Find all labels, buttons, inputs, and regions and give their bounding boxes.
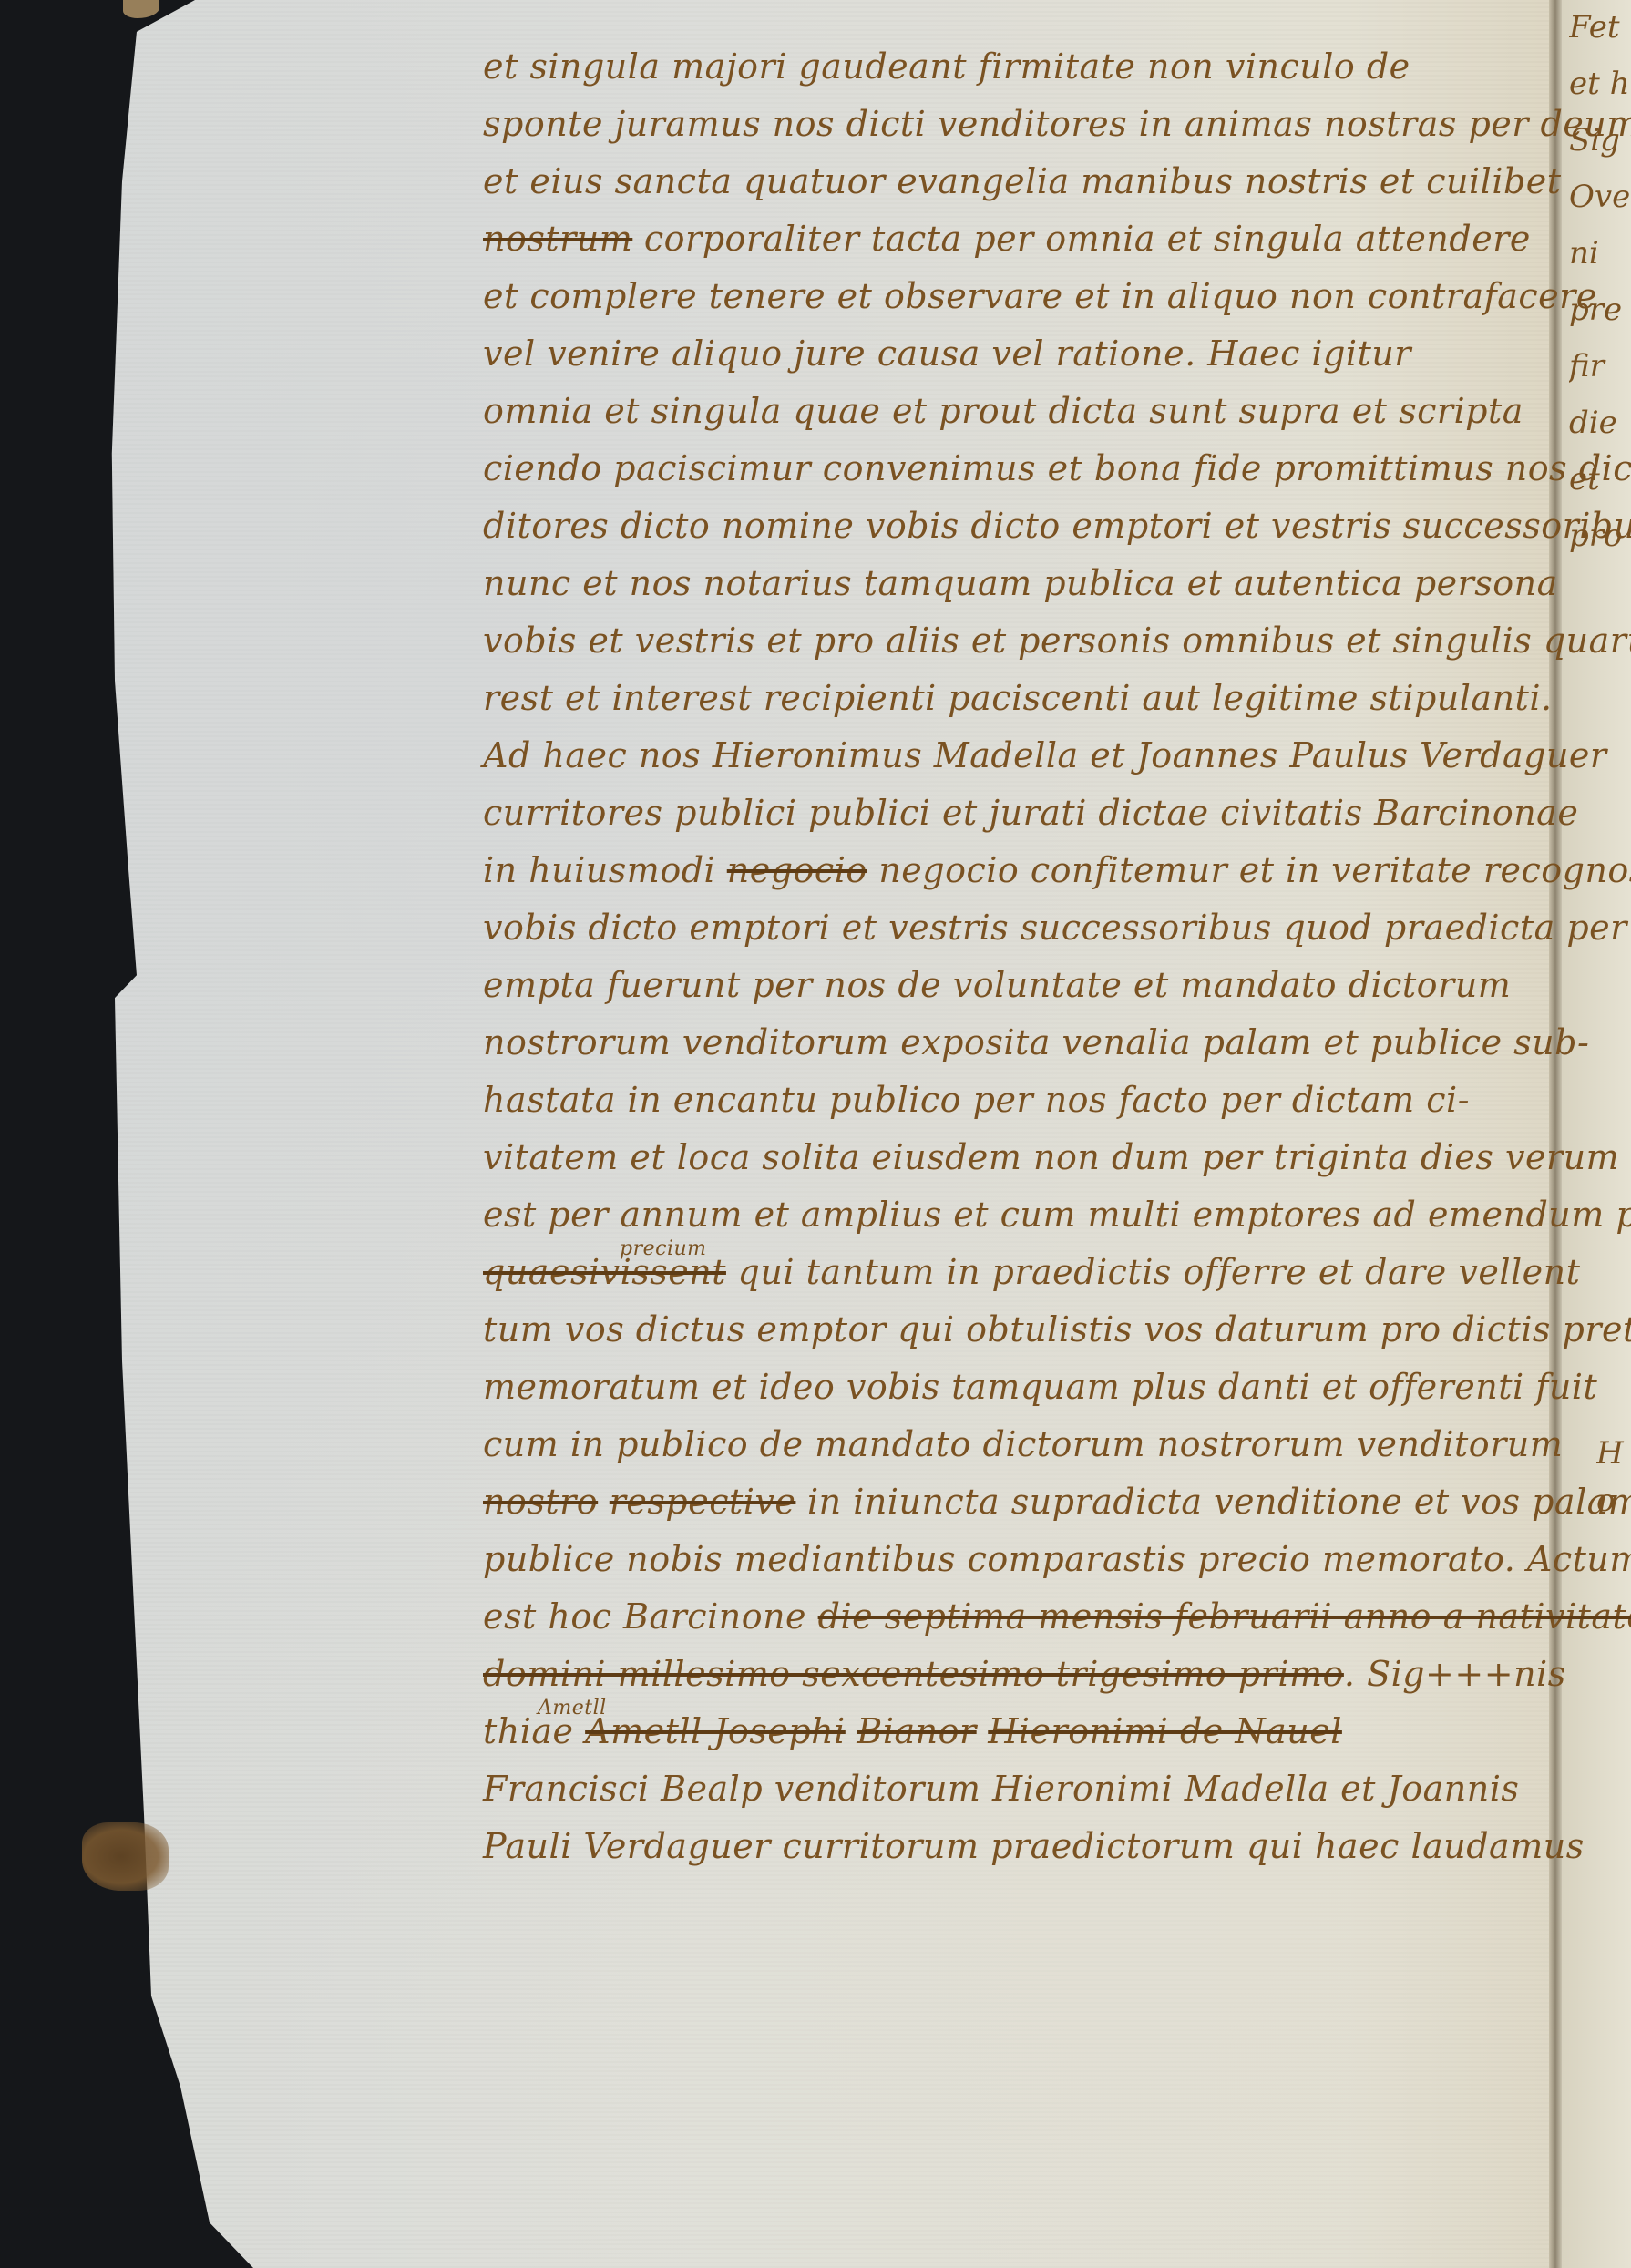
margin-fragment: ni <box>1569 235 1631 292</box>
margin-fragment: H <box>1596 1435 1631 1483</box>
line-text: nostrum corporaliter tacta per omnia et … <box>483 210 1531 268</box>
manuscript-line: sponte juramus nos dicti venditores in a… <box>483 96 1549 153</box>
line-text: vobis dicto emptori et vestris successor… <box>483 899 1631 957</box>
manuscript-line: et singula majori gaudeant firmitate non… <box>483 38 1549 96</box>
adjacent-page-lower-text: Ho <box>1596 1435 1631 1530</box>
line-text: thiae Ametll Josephi Bianor Hieronimi de… <box>483 1703 1342 1760</box>
manuscript-line: ditores dicto nomine vobis dicto emptori… <box>483 498 1549 555</box>
line-text: cum in publico de mandato dictorum nostr… <box>483 1416 1563 1473</box>
manuscript-line: nunc et nos notarius tamquam publica et … <box>483 555 1549 612</box>
struck-text: Ametll Josephi <box>585 1703 846 1760</box>
struck-text: die septima mensis februarii anno a nati… <box>818 1588 1631 1646</box>
manuscript-line: Francisci Bealp venditorum Hieronimi Mad… <box>483 1760 1549 1818</box>
manuscript-line: tum vos dictus emptor qui obtulistis vos… <box>483 1301 1549 1359</box>
line-text: hastata in encantu publico per nos facto… <box>483 1072 1470 1129</box>
line-text: sponte juramus nos dicti venditores in a… <box>483 96 1631 153</box>
line-text: in huiusmodi negocio negocio confitemur … <box>483 842 1631 899</box>
adjacent-page-margin-text: Fetet hSigOveniprefirdieetpro <box>1569 9 1631 574</box>
manuscript-line: curritores publici publici et jurati dic… <box>483 785 1549 842</box>
manuscript-line: vobis dicto emptori et vestris successor… <box>483 899 1549 957</box>
manuscript-line: thiae Ametll Josephi Bianor Hieronimi de… <box>483 1703 1549 1760</box>
manuscript-line: in huiusmodi negocio negocio confitemur … <box>483 842 1549 899</box>
manuscript-line: hastata in encantu publico per nos facto… <box>483 1072 1549 1129</box>
manuscript-line: empta fuerunt per nos de voluntate et ma… <box>483 957 1549 1014</box>
margin-fragment: et <box>1569 461 1631 518</box>
margin-fragment: die <box>1569 405 1631 461</box>
struck-text: negocio <box>727 842 867 899</box>
line-text: nunc et nos notarius tamquam publica et … <box>483 555 1558 612</box>
struck-text: nostrum <box>483 210 632 268</box>
line-text: vitatem et loca solita eiusdem non dum p… <box>483 1129 1619 1186</box>
manuscript-line: vitatem et loca solita eiusdem non dum p… <box>483 1129 1549 1186</box>
struck-text: Hieronimi de Nauel <box>988 1703 1342 1760</box>
line-text: Ad haec nos Hieronimus Madella et Joanne… <box>483 727 1607 785</box>
line-text: domini millesimo sexcentesimo trigesimo … <box>483 1646 1566 1703</box>
line-text: memoratum et ideo vobis tamquam plus dan… <box>483 1359 1597 1416</box>
manuscript-line: et eius sancta quatuor evangelia manibus… <box>483 153 1549 210</box>
margin-fragment: et h <box>1569 66 1631 122</box>
manuscript-line: publice nobis mediantibus comparastis pr… <box>483 1531 1549 1588</box>
manuscript-line: rest et interest recipienti paciscenti a… <box>483 670 1549 727</box>
margin-fragment: pre <box>1569 292 1631 348</box>
margin-fragment: Ove <box>1569 179 1631 235</box>
interlinear-insertion: Ametll <box>538 1679 607 1737</box>
struck-text: respective <box>610 1473 796 1531</box>
line-text: et singula majori gaudeant firmitate non… <box>483 38 1410 96</box>
manuscript-line: est hoc Barcinone die septima mensis feb… <box>483 1588 1549 1646</box>
interlinear-insertion: precium <box>620 1220 707 1278</box>
line-text: et complere tenere et observare et in al… <box>483 268 1597 325</box>
line-text: empta fuerunt per nos de voluntate et ma… <box>483 957 1511 1014</box>
manuscript-line: ciendo paciscimur convenimus et bona fid… <box>483 440 1549 498</box>
line-text: publice nobis mediantibus comparastis pr… <box>483 1531 1631 1588</box>
manuscript-line: memoratum et ideo vobis tamquam plus dan… <box>483 1359 1549 1416</box>
manuscript-line: nostro respective in iniuncta supradicta… <box>483 1473 1549 1531</box>
line-text: omnia et singula quae et prout dicta sun… <box>483 383 1523 440</box>
line-text: vobis et vestris et pro aliis et personi… <box>483 612 1631 670</box>
line-text: est hoc Barcinone die septima mensis feb… <box>483 1588 1631 1646</box>
manuscript-line: et complere tenere et observare et in al… <box>483 268 1549 325</box>
line-text: curritores publici publici et jurati dic… <box>483 785 1578 842</box>
line-text: vel venire aliquo jure causa vel ratione… <box>483 325 1411 383</box>
line-text: ciendo paciscimur convenimus et bona fid… <box>483 440 1631 498</box>
line-text: Pauli Verdaguer curritorum praedictorum … <box>483 1818 1585 1875</box>
manuscript-line: domini millesimo sexcentesimo trigesimo … <box>483 1646 1549 1703</box>
water-stain <box>82 1822 169 1891</box>
struck-text: domini millesimo sexcentesimo trigesimo … <box>483 1646 1344 1703</box>
margin-fragment: Fet <box>1569 9 1631 66</box>
margin-fragment: pro <box>1569 518 1631 574</box>
manuscript-line: cum in publico de mandato dictorum nostr… <box>483 1416 1549 1473</box>
manuscript-line: nostrum corporaliter tacta per omnia et … <box>483 210 1549 268</box>
line-text: nostro respective in iniuncta supradicta… <box>483 1473 1631 1531</box>
line-text: Francisci Bealp venditorum Hieronimi Mad… <box>483 1760 1519 1818</box>
line-text: rest et interest recipienti paciscenti a… <box>483 670 1553 727</box>
line-text: nostrorum venditorum exposita venalia pa… <box>483 1014 1589 1072</box>
manuscript-line: omnia et singula quae et prout dicta sun… <box>483 383 1549 440</box>
line-text: ditores dicto nomine vobis dicto emptori… <box>483 498 1631 555</box>
margin-fragment: fir <box>1569 348 1631 405</box>
manuscript-line: quaesivissent qui tantum in praedictis o… <box>483 1244 1549 1301</box>
struck-text: Bianor <box>857 1703 976 1760</box>
margin-fragment: o <box>1596 1483 1631 1530</box>
manuscript-line: vel venire aliquo jure causa vel ratione… <box>483 325 1549 383</box>
manuscript-line: Pauli Verdaguer curritorum praedictorum … <box>483 1818 1549 1875</box>
manuscript-line: Ad haec nos Hieronimus Madella et Joanne… <box>483 727 1549 785</box>
line-text: et eius sancta quatuor evangelia manibus… <box>483 153 1562 210</box>
struck-text: nostro <box>483 1473 598 1531</box>
manuscript-line: nostrorum venditorum exposita venalia pa… <box>483 1014 1549 1072</box>
line-text: tum vos dictus emptor qui obtulistis vos… <box>483 1301 1631 1359</box>
margin-fragment: Sig <box>1569 122 1631 179</box>
manuscript-text: et singula majori gaudeant firmitate non… <box>483 38 1549 1875</box>
manuscript-line: vobis et vestris et pro aliis et personi… <box>483 612 1549 670</box>
